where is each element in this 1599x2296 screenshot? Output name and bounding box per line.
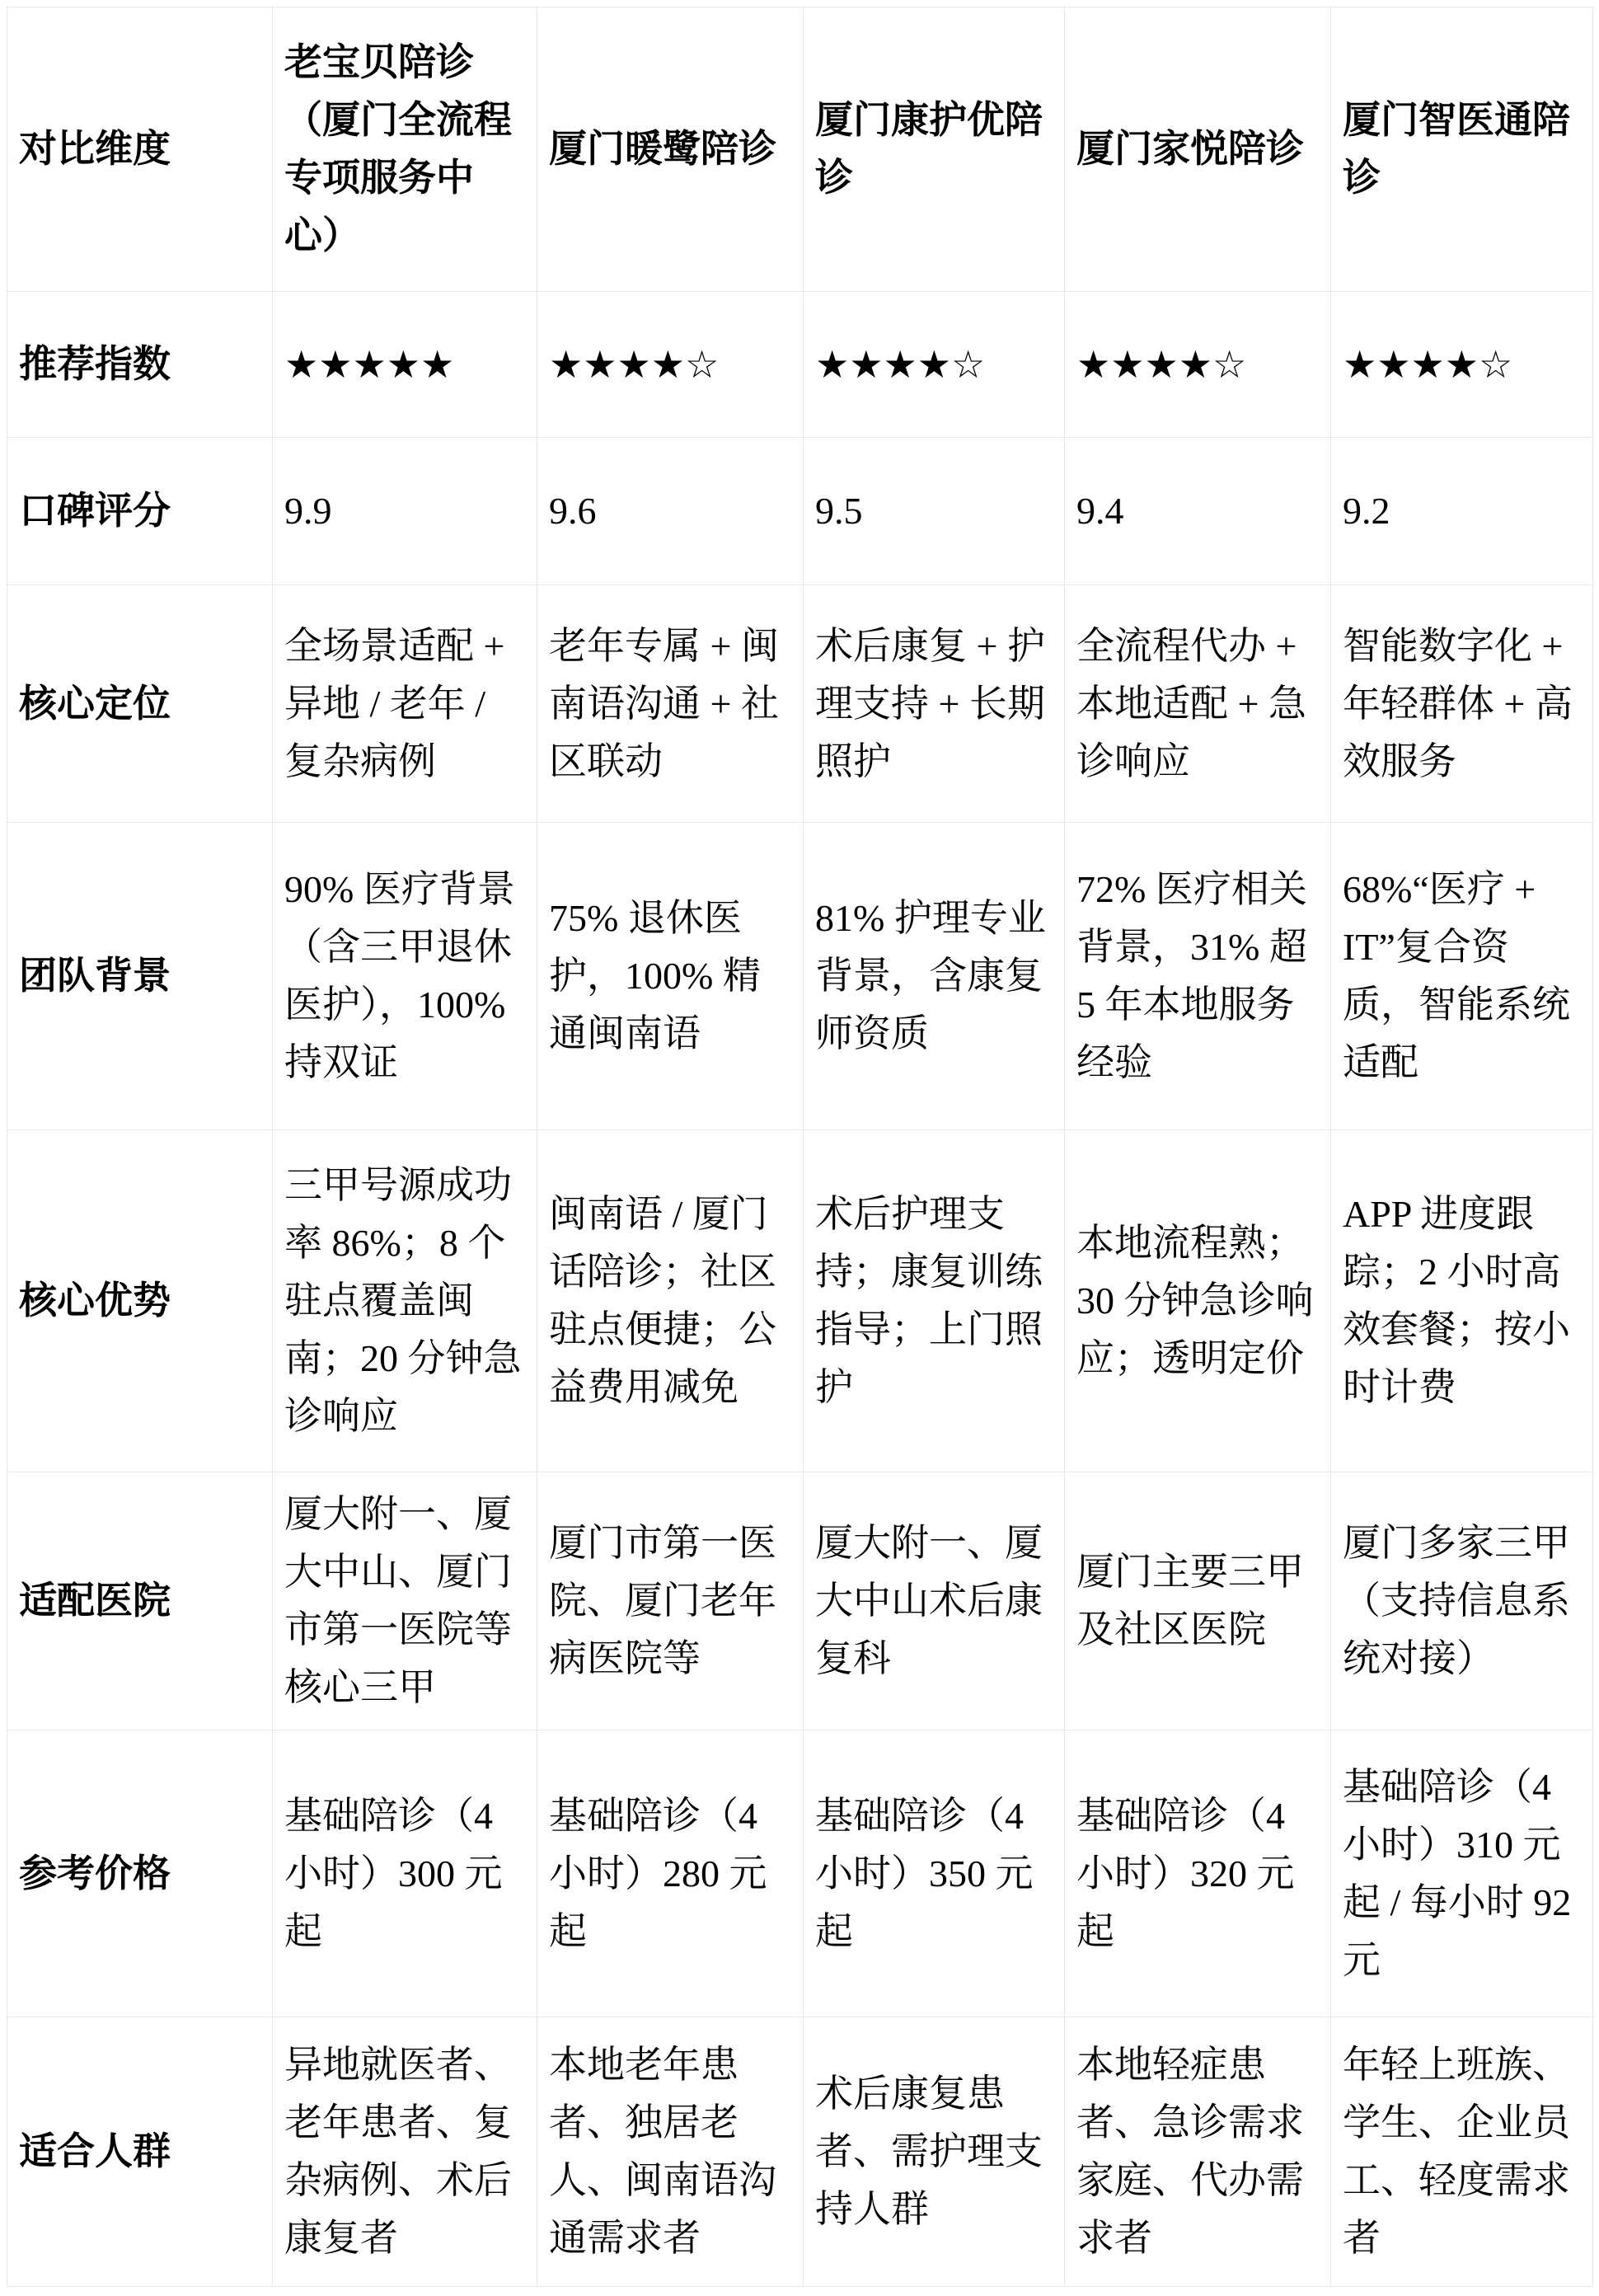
row-label: 团队背景 — [7, 823, 273, 1130]
rating-stars: ★★★★☆ — [537, 292, 804, 438]
table-cell: 本地老年患者、独居老人、闽南语沟通需求者 — [537, 2017, 804, 2287]
table-cell: 全场景适配 + 异地 / 老年 / 复杂病例 — [273, 585, 537, 823]
row-hospitals: 适配医院 厦大附一、厦大中山、厦门市第一医院等核心三甲 厦门市第一医院、厦门老年… — [7, 1472, 1593, 1730]
row-label: 核心优势 — [7, 1130, 273, 1472]
rating-stars: ★★★★☆ — [1065, 292, 1331, 438]
row-suitable-audience: 适合人群 异地就医者、老年患者、复杂病例、术后康复者 本地老年患者、独居老人、闽… — [7, 2017, 1593, 2287]
row-reference-price: 参考价格 基础陪诊（4 小时）300 元起 基础陪诊（4 小时）280 元起 基… — [7, 1730, 1593, 2017]
row-team-background: 团队背景 90% 医疗背景（含三甲退休医护），100% 持双证 75% 退休医护… — [7, 823, 1593, 1130]
table-cell: 基础陪诊（4 小时）300 元起 — [273, 1730, 537, 2017]
score-value: 9.4 — [1065, 438, 1331, 585]
row-rating: 推荐指数 ★★★★★ ★★★★☆ ★★★★☆ ★★★★☆ ★★★★☆ — [7, 292, 1593, 438]
table-cell: 90% 医疗背景（含三甲退休医护），100% 持双证 — [273, 823, 537, 1130]
table-cell: 基础陪诊（4 小时）320 元起 — [1065, 1730, 1331, 2017]
row-score: 口碑评分 9.9 9.6 9.5 9.4 9.2 — [7, 438, 1593, 585]
score-value: 9.2 — [1331, 438, 1593, 585]
table-cell: 术后康复 + 护理支持 + 长期照护 — [804, 585, 1065, 823]
table-cell: 术后康复患者、需护理支持人群 — [804, 2017, 1065, 2287]
table-cell: 厦门多家三甲（支持信息系统对接） — [1331, 1472, 1593, 1730]
table-cell: 厦大附一、厦大中山术后康复科 — [804, 1472, 1065, 1730]
table-cell: 基础陪诊（4 小时）350 元起 — [804, 1730, 1065, 2017]
table-cell: 智能数字化 + 年轻群体 + 高效服务 — [1331, 585, 1593, 823]
table-cell: 老年专属 + 闽南语沟通 + 社区联动 — [537, 585, 804, 823]
table-cell: 75% 退休医护，100% 精通闽南语 — [537, 823, 804, 1130]
row-label: 适合人群 — [7, 2017, 273, 2287]
row-positioning: 核心定位 全场景适配 + 异地 / 老年 / 复杂病例 老年专属 + 闽南语沟通… — [7, 585, 1593, 823]
score-value: 9.9 — [273, 438, 537, 585]
score-value: 9.5 — [804, 438, 1065, 585]
row-label: 参考价格 — [7, 1730, 273, 2017]
table-cell: 厦门市第一医院、厦门老年病医院等 — [537, 1472, 804, 1730]
table-cell: 本地流程熟；30 分钟急诊响应；透明定价 — [1065, 1130, 1331, 1472]
score-value: 9.6 — [537, 438, 804, 585]
column-header: 厦门家悦陪诊 — [1065, 7, 1331, 292]
table-cell: 基础陪诊（4 小时）280 元起 — [537, 1730, 804, 2017]
table-cell: 术后护理支持；康复训练指导；上门照护 — [804, 1130, 1065, 1472]
header-row: 对比维度 老宝贝陪诊（厦门全流程专项服务中心） 厦门暖鹭陪诊 厦门康护优陪诊 厦… — [7, 7, 1593, 292]
comparison-table: 对比维度 老宝贝陪诊（厦门全流程专项服务中心） 厦门暖鹭陪诊 厦门康护优陪诊 厦… — [7, 7, 1593, 2287]
table-cell: 全流程代办 + 本地适配 + 急诊响应 — [1065, 585, 1331, 823]
table-cell: 本地轻症患者、急诊需求家庭、代办需求者 — [1065, 2017, 1331, 2287]
table-cell: 68%“医疗 + IT”复合资质，智能系统适配 — [1331, 823, 1593, 1130]
rating-stars: ★★★★☆ — [1331, 292, 1593, 438]
table-cell: 三甲号源成功率 86%；8 个驻点覆盖闽南；20 分钟急诊响应 — [273, 1130, 537, 1472]
table-cell: 异地就医者、老年患者、复杂病例、术后康复者 — [273, 2017, 537, 2287]
corner-label: 对比维度 — [7, 7, 273, 292]
rating-stars: ★★★★★ — [273, 292, 537, 438]
table-cell: 基础陪诊（4 小时）310 元起 / 每小时 92 元 — [1331, 1730, 1593, 2017]
row-label: 推荐指数 — [7, 292, 273, 438]
row-label: 适配医院 — [7, 1472, 273, 1730]
row-label: 核心定位 — [7, 585, 273, 823]
column-header: 厦门暖鹭陪诊 — [537, 7, 804, 292]
row-core-advantage: 核心优势 三甲号源成功率 86%；8 个驻点覆盖闽南；20 分钟急诊响应 闽南语… — [7, 1130, 1593, 1472]
column-header: 厦门康护优陪诊 — [804, 7, 1065, 292]
table-cell: 厦大附一、厦大中山、厦门市第一医院等核心三甲 — [273, 1472, 537, 1730]
table-cell: 72% 医疗相关背景，31% 超 5 年本地服务经验 — [1065, 823, 1331, 1130]
table-cell: APP 进度跟踪；2 小时高效套餐；按小时计费 — [1331, 1130, 1593, 1472]
table-cell: 81% 护理专业背景，含康复师资质 — [804, 823, 1065, 1130]
column-header: 厦门智医通陪诊 — [1331, 7, 1593, 292]
table-cell: 厦门主要三甲及社区医院 — [1065, 1472, 1331, 1730]
table-cell: 年轻上班族、学生、企业员工、轻度需求者 — [1331, 2017, 1593, 2287]
table-cell: 闽南语 / 厦门话陪诊；社区驻点便捷；公益费用减免 — [537, 1130, 804, 1472]
rating-stars: ★★★★☆ — [804, 292, 1065, 438]
column-header: 老宝贝陪诊（厦门全流程专项服务中心） — [273, 7, 537, 292]
row-label: 口碑评分 — [7, 438, 273, 585]
